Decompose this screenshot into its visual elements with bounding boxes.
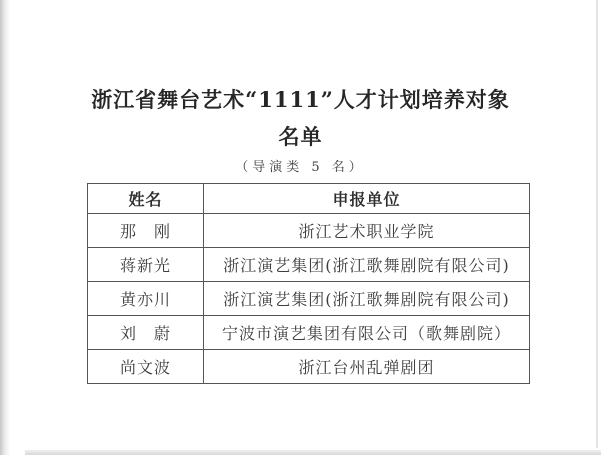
- table-row: 黄亦川 浙江演艺集团(浙江歌舞剧院有限公司): [88, 282, 530, 316]
- table-row: 蒋新光 浙江演艺集团(浙江歌舞剧院有限公司): [88, 248, 530, 282]
- org-cell: 宁波市演艺集团有限公司（歌舞剧院）: [204, 316, 530, 350]
- table-row: 尚文波 浙江台州乱弹剧团: [88, 350, 530, 384]
- org-cell: 浙江演艺集团(浙江歌舞剧院有限公司): [204, 248, 530, 282]
- scan-left-edge-shadow: [0, 0, 10, 455]
- name-cell: 那 刚: [88, 214, 204, 248]
- org-cell: 浙江台州乱弹剧团: [204, 350, 530, 384]
- table-row: 那 刚 浙江艺术职业学院: [88, 214, 530, 248]
- header-organization: 申报单位: [204, 184, 530, 214]
- table-header-row: 姓名 申报单位: [88, 184, 530, 214]
- scan-bottom-edge-shadow: [25, 450, 601, 455]
- org-cell: 浙江艺术职业学院: [204, 214, 530, 248]
- table-row: 刘 蔚 宁波市演艺集团有限公司（歌舞剧院）: [88, 316, 530, 350]
- name-cell: 刘 蔚: [88, 316, 204, 350]
- scanned-document-page: 浙江省舞台艺术“1111”人才计划培养对象 名单 （导演类 5 名） 姓名 申报…: [0, 0, 601, 455]
- name-cell: 尚文波: [88, 350, 204, 384]
- document-subtitle: （导演类 5 名）: [0, 156, 601, 175]
- document-title: 浙江省舞台艺术“1111”人才计划培养对象 名单: [0, 81, 601, 155]
- header-name: 姓名: [88, 184, 204, 214]
- org-cell: 浙江演艺集团(浙江歌舞剧院有限公司): [204, 282, 530, 316]
- document-title-line2: 名单: [0, 118, 601, 155]
- name-cell: 蒋新光: [88, 248, 204, 282]
- name-cell: 黄亦川: [88, 282, 204, 316]
- document-title-line1: 浙江省舞台艺术“1111”人才计划培养对象: [0, 81, 601, 118]
- roster-table: 姓名 申报单位 那 刚 浙江艺术职业学院 蒋新光 浙江演艺集团(浙江歌舞剧院有限…: [87, 183, 530, 384]
- scan-right-edge-shadow: [596, 0, 598, 448]
